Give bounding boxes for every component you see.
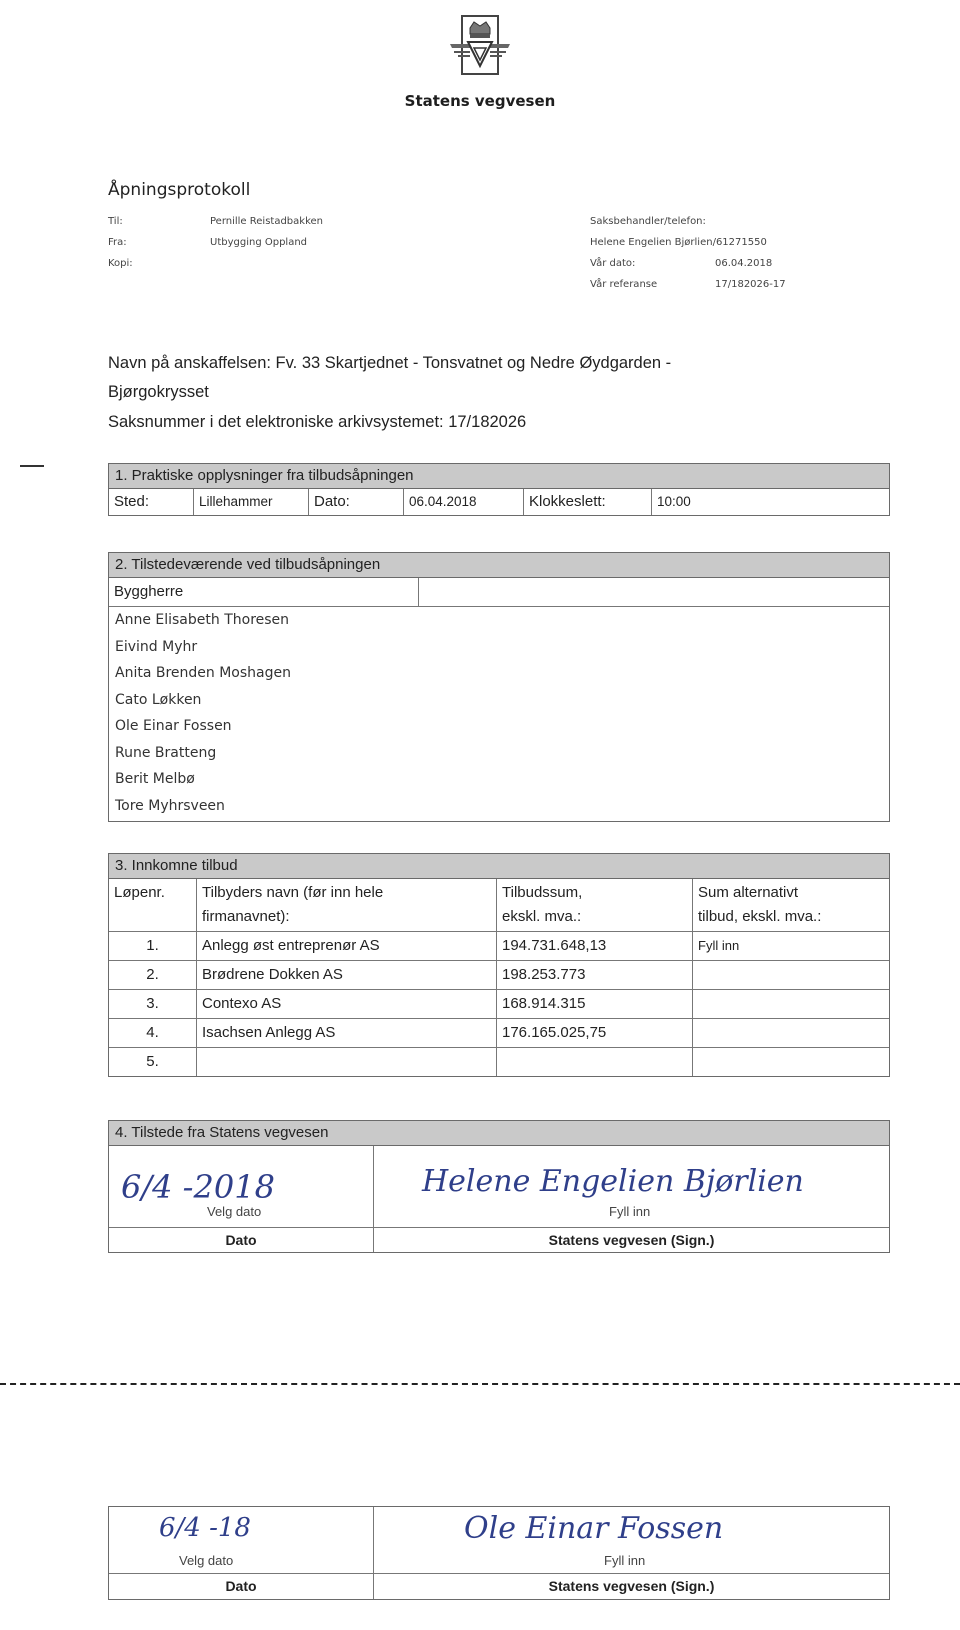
signature-field[interactable]: Helene Engelien Bjørlien Fyll inn (374, 1146, 889, 1227)
to-value: Pernille Reistadbakken (210, 216, 323, 227)
date-signature-field-2[interactable]: 6/4 -18 Velg dato (109, 1507, 374, 1573)
section-practical-info: 1. Praktiske opplysninger fra tilbudsåpn… (108, 463, 890, 516)
time-field[interactable]: 10:00 (652, 489, 889, 515)
bidder-name-field[interactable]: Anlegg øst entreprenør AS (197, 932, 497, 960)
bid-row: 4.Isachsen Anlegg AS176.165.025,75 (109, 1019, 889, 1048)
bid-sum-field[interactable]: 198.253.773 (497, 961, 693, 989)
bid-sum-field[interactable]: 194.731.648,13 (497, 932, 693, 960)
bid-row: 5. (109, 1048, 889, 1076)
attendee: Ole Einar Fossen (109, 713, 889, 740)
second-signature-table: 6/4 -18 Velg dato Ole Einar Fossen Fyll … (108, 1506, 890, 1600)
bid-number: 5. (109, 1048, 197, 1076)
date-signature-field[interactable]: 6/4 -2018 Velg dato (109, 1146, 374, 1227)
col-header-sum-line2: ekskl. mva.: (502, 905, 687, 929)
col-header-alt-line2: tilbud, ekskl. mva.: (698, 905, 884, 929)
bid-number: 1. (109, 932, 197, 960)
case-number: Saksnummer i det elektroniske arkivsyste… (108, 413, 526, 432)
attendee: Tore Myhrsveen (109, 793, 889, 820)
place-field[interactable]: Lillehammer (194, 489, 309, 515)
date-placeholder: Velg dato (207, 1204, 261, 1219)
alt-sum-field[interactable] (693, 990, 889, 1018)
attendee: Eivind Myhr (109, 634, 889, 661)
attendee: Rune Bratteng (109, 740, 889, 767)
date-placeholder-2: Velg dato (179, 1553, 233, 1568)
bid-number: 2. (109, 961, 197, 989)
col-header-sum: Tilbudssum, ekskl. mva.: (497, 879, 693, 931)
handwritten-date: 6/4 -2018 (121, 1168, 275, 1206)
signature-placeholder-2: Fyll inn (604, 1553, 645, 1568)
section-3-title: 3. Innkomne tilbud (109, 854, 889, 879)
alt-sum-field[interactable] (693, 1019, 889, 1047)
alt-sum-field[interactable]: Fyll inn (693, 932, 889, 960)
bid-sum-field[interactable] (497, 1048, 693, 1076)
handwritten-signature: Helene Engelien Bjørlien (422, 1164, 804, 1199)
procurement-name-cont: Bjørgokrysset (108, 383, 209, 402)
place-label: Sted: (109, 489, 194, 515)
bid-sum-field[interactable]: 176.165.025,75 (497, 1019, 693, 1047)
col-header-name: Tilbyders navn (før inn hele firmanavnet… (197, 879, 497, 931)
handwritten-signature-2: Ole Einar Fossen (464, 1511, 723, 1546)
cut-line-separator (0, 1383, 960, 1385)
date-caption: Dato (109, 1228, 374, 1252)
section-4-title: 4. Tilstede fra Statens vegvesen (109, 1121, 889, 1146)
from-label: Fra: (108, 237, 127, 248)
our-ref-label: Vår referanse (590, 279, 657, 290)
col-header-name-line2: firmanavnet): (202, 905, 491, 929)
col-header-alt-line1: Sum alternativt (698, 881, 884, 905)
bid-sum-field[interactable]: 168.914.315 (497, 990, 693, 1018)
role-field[interactable] (419, 578, 889, 606)
alt-sum-field[interactable] (693, 961, 889, 989)
date-caption-2: Dato (109, 1574, 374, 1599)
bidder-name-field[interactable]: Contexo AS (197, 990, 497, 1018)
section-2-title: 2. Tilstedeværende ved tilbudsåpningen (109, 553, 889, 578)
col-header-name-line1: Tilbyders navn (før inn hele (202, 881, 491, 905)
bids-header-row: Løpenr. Tilbyders navn (før inn hele fir… (109, 879, 889, 932)
organization-name: Statens vegvesen (0, 92, 960, 110)
bid-row: 1.Anlegg øst entreprenør AS194.731.648,1… (109, 932, 889, 961)
col-header-alt: Sum alternativt tilbud, ekskl. mva.: (693, 879, 889, 931)
attendee-list: Anne Elisabeth Thoresen Eivind Myhr Anit… (109, 607, 889, 821)
caseworker-label: Saksbehandler/telefon: (590, 216, 706, 227)
document-title: Åpningsprotokoll (108, 180, 250, 200)
copy-label: Kopi: (108, 258, 133, 269)
margin-mark (20, 465, 44, 467)
our-ref-value: 17/182026-17 (715, 279, 786, 290)
bid-row: 2.Brødrene Dokken AS198.253.773 (109, 961, 889, 990)
role-label: Byggherre (109, 578, 419, 606)
attendee: Anne Elisabeth Thoresen (109, 607, 889, 634)
our-date-value: 06.04.2018 (715, 258, 772, 269)
bid-row: 3.Contexo AS168.914.315 (109, 990, 889, 1019)
attendee: Anita Brenden Moshagen (109, 660, 889, 687)
time-label: Klokkeslett: (524, 489, 652, 515)
bid-number: 4. (109, 1019, 197, 1047)
caseworker-value: Helene Engelien Bjørlien/61271550 (590, 237, 767, 248)
section-svv-present: 4. Tilstede fra Statens vegvesen 6/4 -20… (108, 1120, 890, 1253)
from-value: Utbygging Oppland (210, 237, 307, 248)
section-1-title: 1. Praktiske opplysninger fra tilbudsåpn… (109, 464, 889, 489)
alt-sum-field[interactable] (693, 1048, 889, 1076)
attendee: Cato Løkken (109, 687, 889, 714)
col-header-sum-line1: Tilbudssum, (502, 881, 687, 905)
procurement-name: Navn på anskaffelsen: Fv. 33 Skartjednet… (108, 354, 671, 373)
bidder-name-field[interactable]: Brødrene Dokken AS (197, 961, 497, 989)
sign-caption-2: Statens vegvesen (Sign.) (374, 1574, 889, 1599)
bid-number: 3. (109, 990, 197, 1018)
section-attendees: 2. Tilstedeværende ved tilbudsåpningen B… (108, 552, 890, 822)
col-header-no: Løpenr. (109, 879, 197, 931)
date-label: Dato: (309, 489, 404, 515)
signature-placeholder: Fyll inn (609, 1204, 650, 1219)
statens-vegvesen-logo-icon (448, 14, 512, 78)
bidder-name-field[interactable] (197, 1048, 497, 1076)
our-date-label: Vår dato: (590, 258, 635, 269)
section-received-bids: 3. Innkomne tilbud Løpenr. Tilbyders nav… (108, 853, 890, 1077)
bidder-name-field[interactable]: Isachsen Anlegg AS (197, 1019, 497, 1047)
signature-field-2[interactable]: Ole Einar Fossen Fyll inn (374, 1507, 889, 1573)
sign-caption: Statens vegvesen (Sign.) (374, 1228, 889, 1252)
to-label: Til: (108, 216, 123, 227)
attendee: Berit Melbø (109, 766, 889, 793)
date-field[interactable]: 06.04.2018 (404, 489, 524, 515)
handwritten-date-2: 6/4 -18 (159, 1513, 251, 1543)
